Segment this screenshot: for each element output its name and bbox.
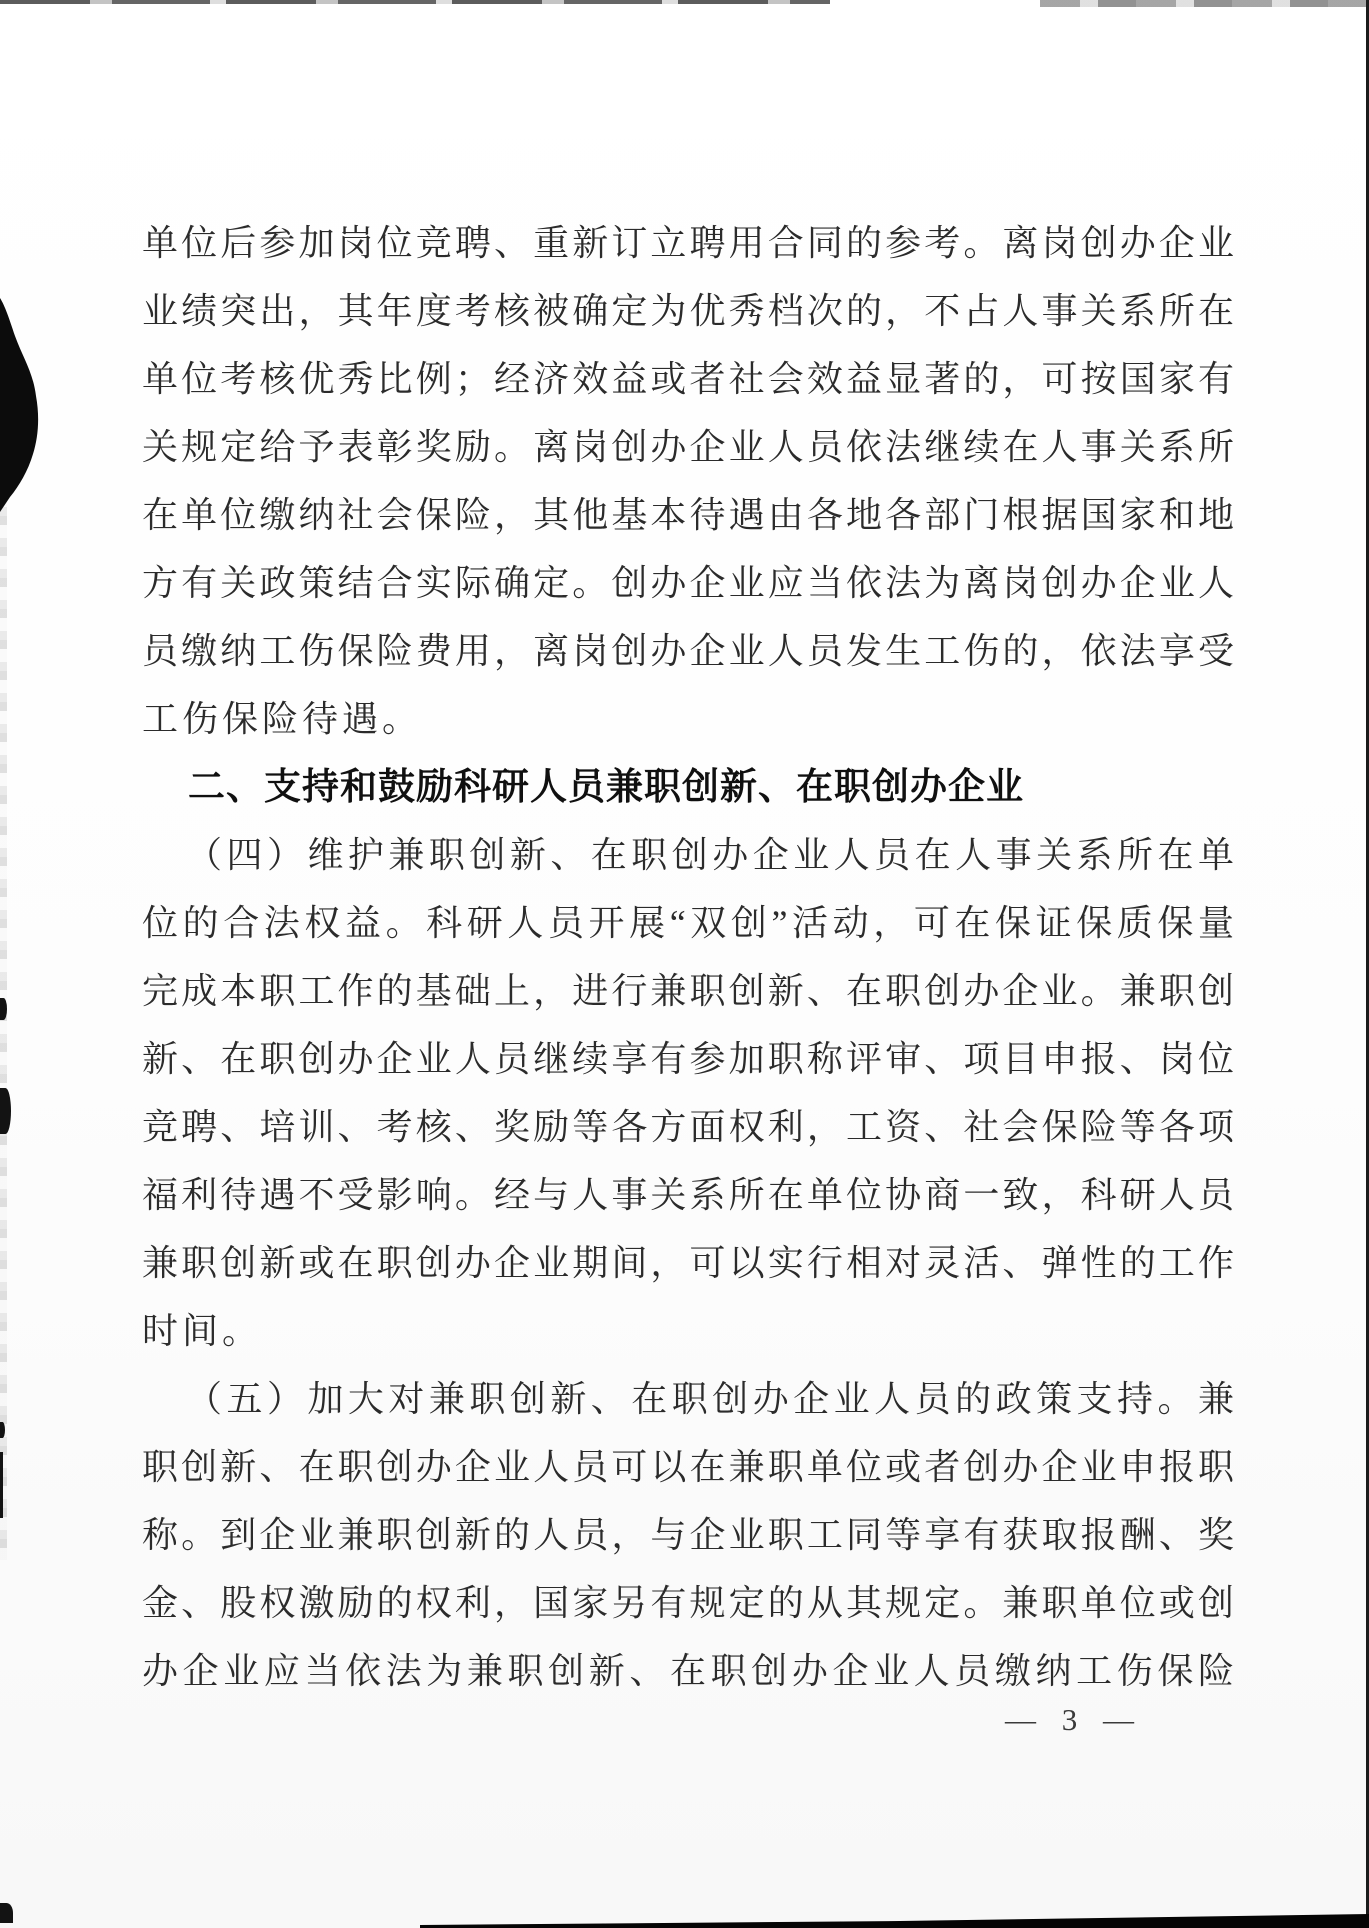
scan-artifact-left-mark: [0, 1088, 11, 1134]
text-line: 单位考核优秀比例；经济效益或者社会效益显著的，可按国家有: [142, 345, 1234, 413]
scan-artifact-bottom-wedge: [0, 1900, 1369, 1928]
text-line: 竞聘、培训、考核、奖励等各方面权利，工资、社会保险等各项: [142, 1093, 1234, 1161]
text-line: 新、在职创办企业人员继续享有参加职称评审、项目申报、岗位: [142, 1025, 1234, 1093]
text-line: 位的合法权益。科研人员开展“双创”活动，可在保证保质保量: [142, 889, 1234, 957]
paragraph-four: （四）维护兼职创新、在职创办企业人员在人事关系所在单 位的合法权益。科研人员开展…: [142, 821, 1234, 1365]
text-line: 单位后参加岗位竞聘、重新订立聘用合同的参考。离岗创办企业: [142, 209, 1234, 277]
text-line: 时间。: [142, 1297, 1234, 1365]
scanned-document-page: 单位后参加岗位竞聘、重新订立聘用合同的参考。离岗创办企业 业绩突出，其年度考核被…: [0, 0, 1369, 1928]
text-line: 兼职创新或在职创办企业期间，可以实行相对灵活、弹性的工作: [142, 1229, 1234, 1297]
scan-artifact-left-blob: [0, 290, 46, 525]
text-line: 职创新、在职创办企业人员可以在兼职单位或者创办企业申报职: [142, 1433, 1234, 1501]
section-heading-block: 二、支持和鼓励科研人员兼职创新、在职创办企业: [142, 753, 1234, 821]
scan-artifact-left-mark: [0, 1422, 5, 1438]
text-line: 完成本职工作的基础上，进行兼职创新、在职创办企业。兼职创: [142, 957, 1234, 1025]
text-line: 业绩突出，其年度考核被确定为优秀档次的，不占人事关系所在: [142, 277, 1234, 345]
section-heading: 二、支持和鼓励科研人员兼职创新、在职创办企业: [142, 753, 1234, 821]
scan-artifact-bottom-left-mark: [0, 1903, 13, 1923]
body-text: 单位后参加岗位竞聘、重新订立聘用合同的参考。离岗创办企业 业绩突出，其年度考核被…: [142, 209, 1234, 1705]
scan-artifact-left-ragged-edge: [0, 330, 7, 1560]
text-line: 员缴纳工伤保险费用，离岗创办企业人员发生工伤的，依法享受: [142, 617, 1234, 685]
text-line: 方有关政策结合实际确定。创办企业应当依法为离岗创办企业人: [142, 549, 1234, 617]
text-line: 福利待遇不受影响。经与人事关系所在单位协商一致，科研人员: [142, 1161, 1234, 1229]
page-number: — 3 —: [1005, 1700, 1215, 1740]
scan-artifact-left-mark: [0, 1452, 3, 1518]
text-line: （四）维护兼职创新、在职创办企业人员在人事关系所在单: [142, 821, 1234, 889]
paragraph-continuation: 单位后参加岗位竞聘、重新订立聘用合同的参考。离岗创办企业 业绩突出，其年度考核被…: [142, 209, 1234, 753]
text-line: 关规定给予表彰奖励。离岗创办企业人员依法继续在人事关系所: [142, 413, 1234, 481]
text-line: 办企业应当依法为兼职创新、在职创办企业人员缴纳工伤保险: [142, 1637, 1234, 1705]
text-line: （五）加大对兼职创新、在职创办企业人员的政策支持。兼: [142, 1365, 1234, 1433]
text-line: 在单位缴纳社会保险，其他基本待遇由各地各部门根据国家和地: [142, 481, 1234, 549]
paragraph-five: （五）加大对兼职创新、在职创办企业人员的政策支持。兼 职创新、在职创办企业人员可…: [142, 1365, 1234, 1705]
text-line: 金、股权激励的权利，国家另有规定的从其规定。兼职单位或创: [142, 1569, 1234, 1637]
text-line: 称。到企业兼职创新的人员，与企业职工同等享有获取报酬、奖: [142, 1501, 1234, 1569]
scan-artifact-top-edge-right: [1040, 0, 1369, 7]
scan-artifact-left-mark: [0, 998, 7, 1020]
text-line: 工伤保险待遇。: [142, 685, 1234, 753]
scan-artifact-top-edge-left: [0, 0, 830, 4]
